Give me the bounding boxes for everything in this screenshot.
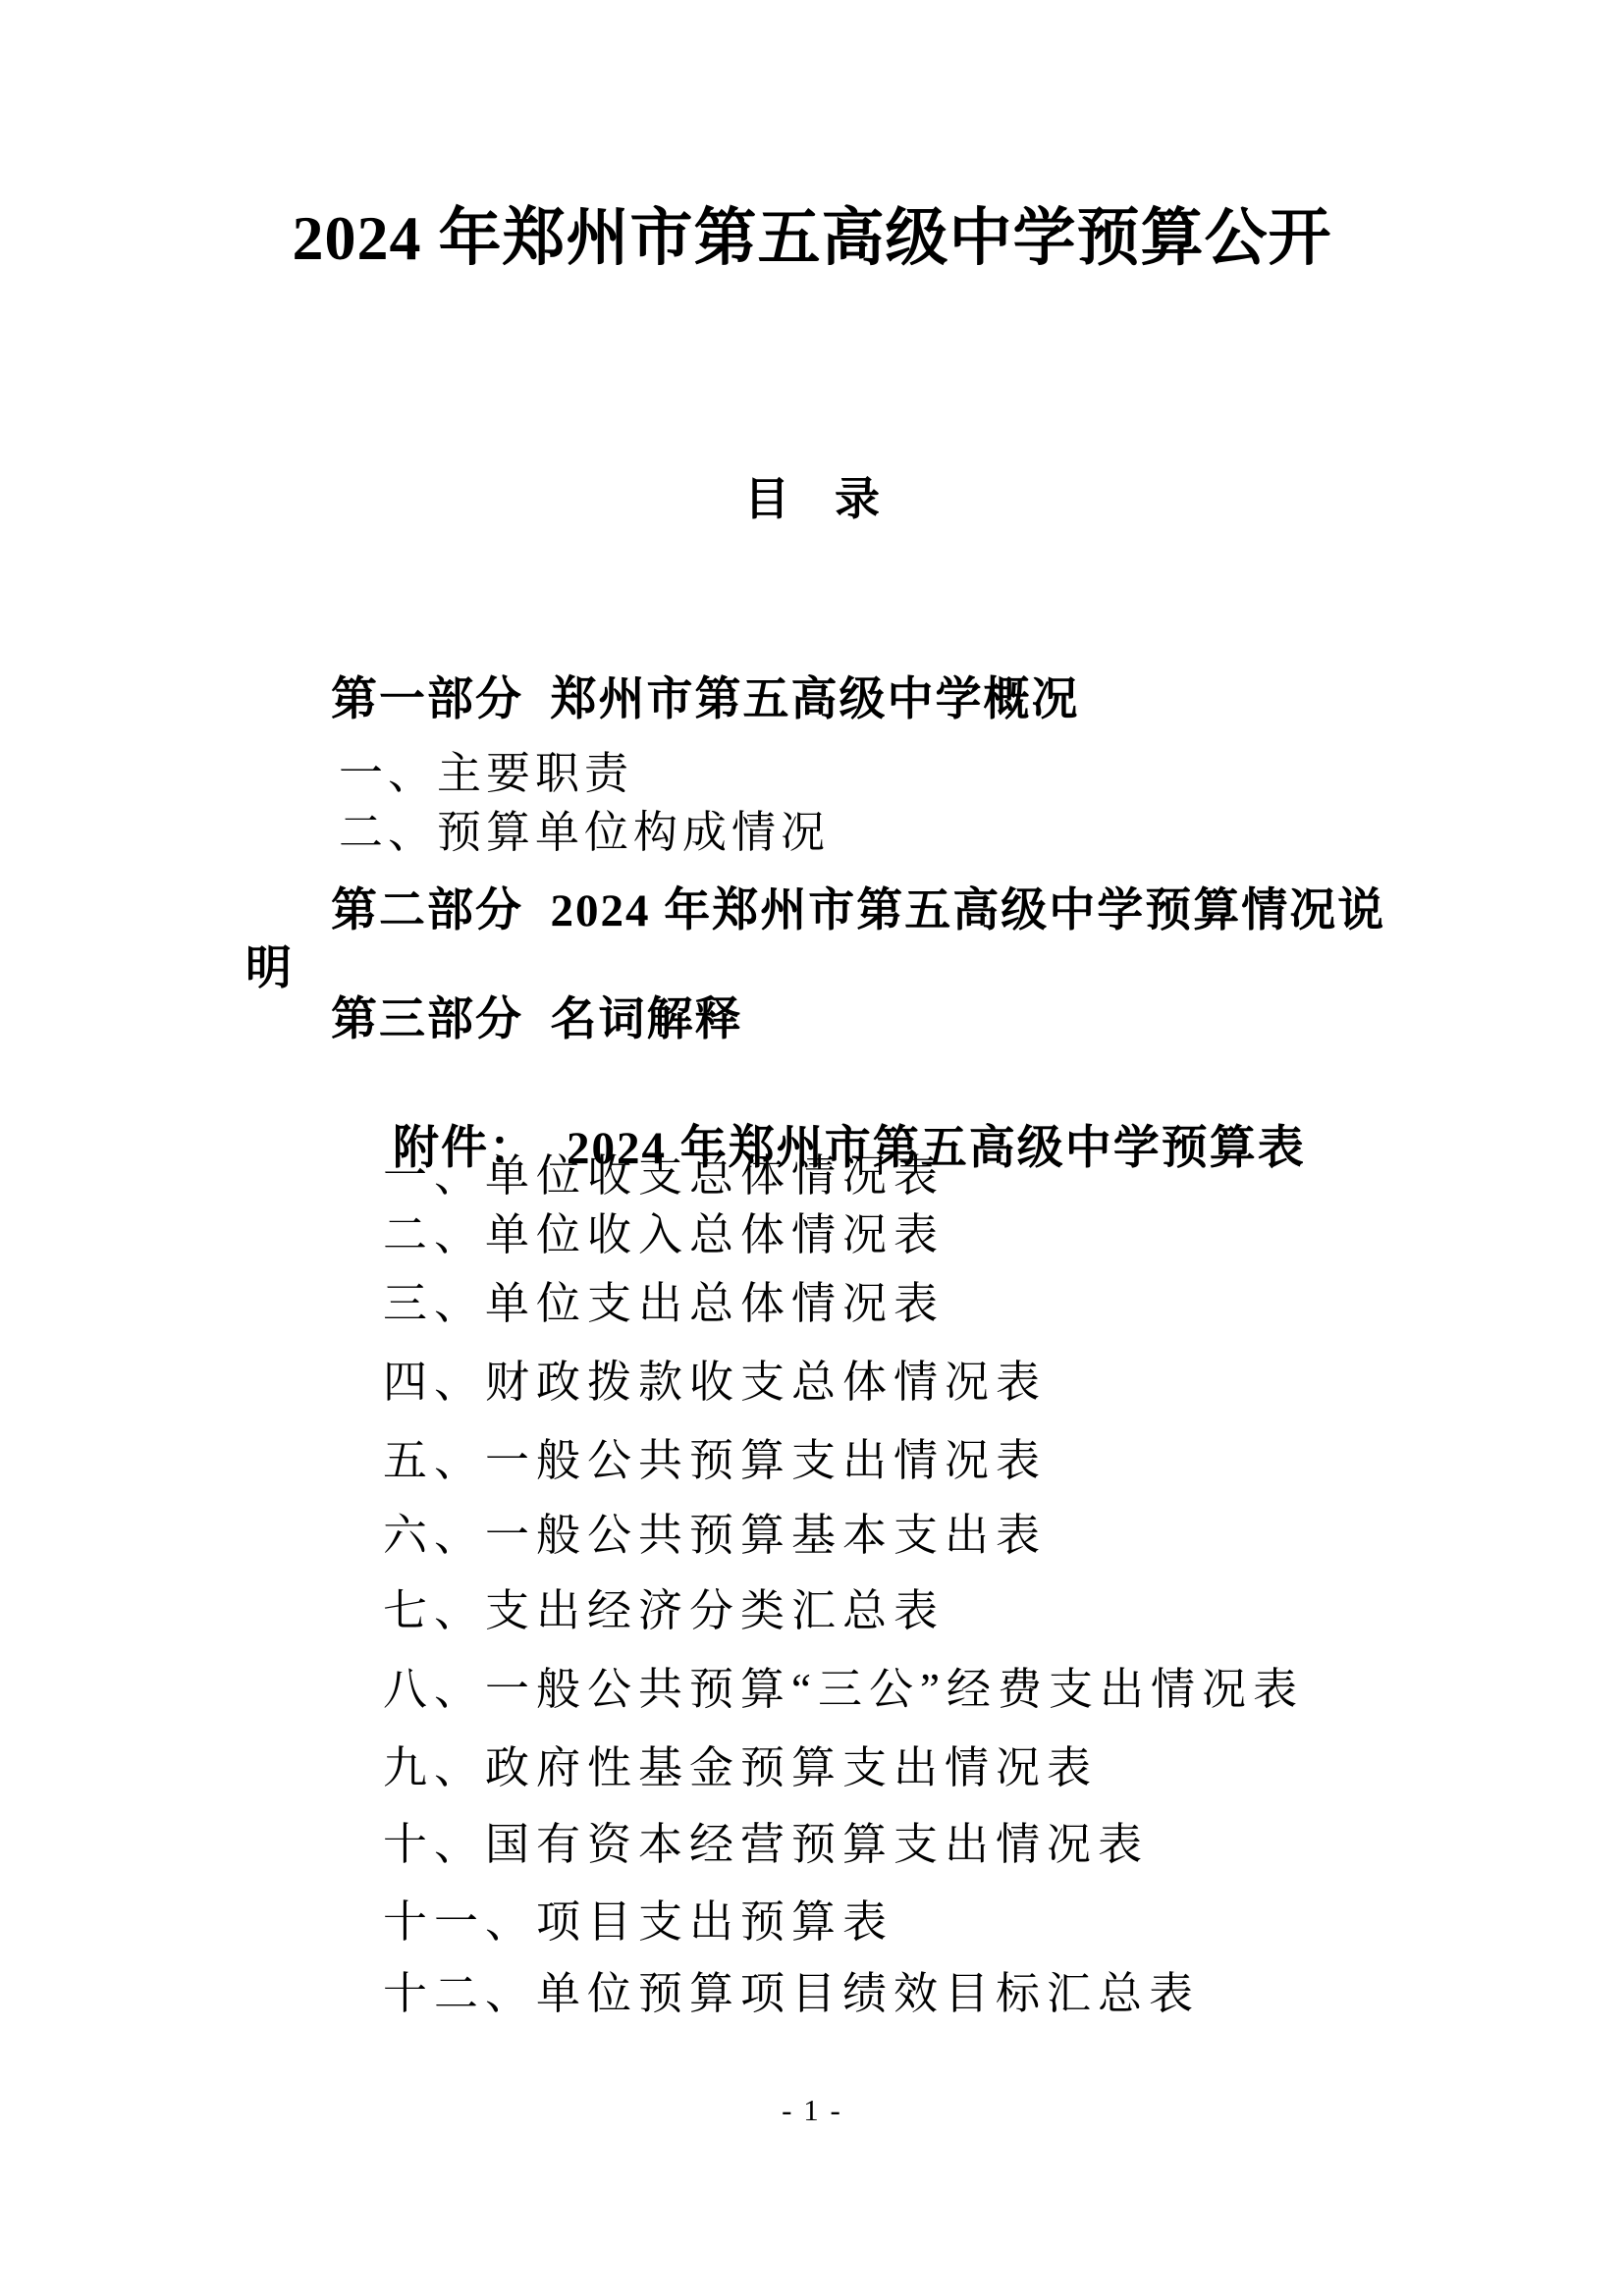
toc-table-item: 六、一般公共预算基本支出表 xyxy=(383,1512,1047,1560)
toc-table-item: 五、一般公共预算支出情况表 xyxy=(383,1437,1047,1485)
document-title: 2024 年郑州市第五高级中学预算公开 xyxy=(0,204,1624,272)
document-page: 2024 年郑州市第五高级中学预算公开 目 录 第一部分 郑州市第五高级中学概况… xyxy=(0,0,1624,2296)
toc-table-item: 四、财政拨款收支总体情况表 xyxy=(383,1359,1047,1407)
toc-table-item: 十、国有资本经营预算支出情况表 xyxy=(383,1821,1149,1869)
toc-table-item: 九、政府性基金预算支出情况表 xyxy=(383,1744,1098,1792)
toc-table-item: 七、支出经济分类汇总表 xyxy=(383,1587,945,1635)
toc-heading: 目 录 xyxy=(0,475,1624,524)
toc-part2-heading-line2: 明 xyxy=(245,944,294,994)
toc-table-item: 八、一般公共预算“三公”经费支出情况表 xyxy=(383,1666,1304,1714)
toc-part2-heading-line1: 第二部分 2024 年郑州市第五高级中学预算情况说 xyxy=(331,886,1385,936)
page-number: - 1 - xyxy=(0,2094,1624,2126)
toc-item-main-duties: 一、主要职责 xyxy=(339,750,633,798)
toc-part3-heading: 第三部分 名词解释 xyxy=(331,995,743,1045)
toc-table-item: 十一、项目支出预算表 xyxy=(383,1898,893,1947)
toc-table-item: 三、单位支出总体情况表 xyxy=(383,1280,945,1328)
toc-appendix-heading: 附件：2024 年郑州市第五高级中学预算表 xyxy=(339,1074,1306,1223)
toc-part1-heading: 第一部分 郑州市第五高级中学概况 xyxy=(331,675,1080,725)
toc-table-item: 二、单位收入总体情况表 xyxy=(383,1211,945,1259)
toc-table-item: 十二、单位预算项目绩效目标汇总表 xyxy=(383,1970,1200,2018)
toc-table-item: 一、单位收支总体情况表 xyxy=(383,1152,945,1201)
toc-item-budget-unit-composition: 二、预算单位构成情况 xyxy=(339,809,830,857)
